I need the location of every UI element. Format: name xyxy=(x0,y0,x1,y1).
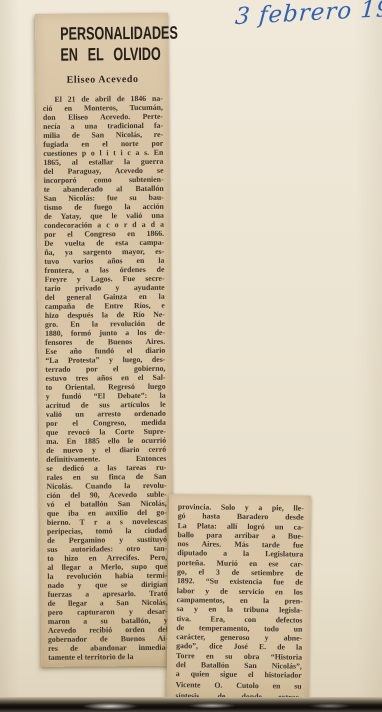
text-line: tamente el territorio de la xyxy=(48,652,168,662)
clipping-column-left: El 21 de abril de 1846 na-ció en Montero… xyxy=(43,94,168,662)
clipping-column-right: provincia. Solo y a pie, lle-gó hasta Ba… xyxy=(175,502,304,712)
clipping-title-line1: PERSONALIDADES xyxy=(60,23,144,45)
newspaper-clipping-main: PERSONALIDADES EN EL OLVIDO Eliseo Aceve… xyxy=(35,13,174,667)
clipping-title-line2: EN EL OLVIDO xyxy=(60,44,144,66)
clipping-byline: Eliseo Acevedo xyxy=(43,74,163,86)
newspaper-clipping-continuation: provincia. Solo y a pie, lle-gó hasta Ba… xyxy=(166,494,311,706)
page-bottom-shadow-edge xyxy=(0,697,382,712)
